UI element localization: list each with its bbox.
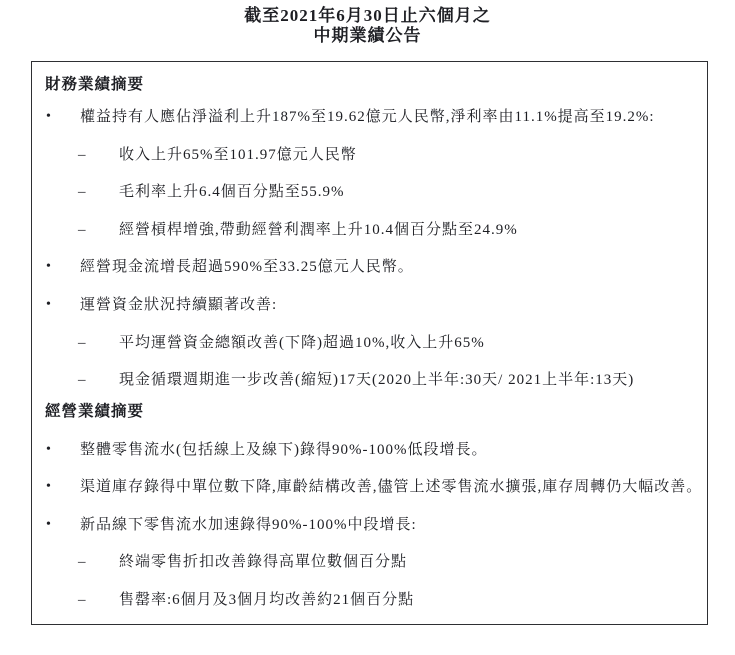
bullet-icon: •: [46, 258, 51, 276]
bullet-item: • 渠道庫存錄得中單位數下降,庫齡結構改善,儘管上述零售流水擴張,庫存周轉仍大幅…: [45, 478, 701, 496]
page-title-line2: 中期業績公告: [0, 26, 735, 46]
bullet-icon: •: [46, 516, 51, 534]
summary-box: 財務業績摘要 • 權益持有人應佔淨溢利上升187%至19.62億元人民幣,淨利率…: [31, 61, 708, 625]
section-heading-financial: 財務業績摘要: [45, 76, 144, 94]
dash-icon: –: [78, 146, 86, 164]
sub-bullet-item-text: 終端零售折扣改善錄得高單位數個百分點: [119, 554, 407, 570]
sub-bullet-item-text: 毛利率上升6.4個百分點至55.9%: [119, 184, 345, 200]
bullet-icon: •: [46, 296, 51, 314]
sub-bullet-item-text: 平均運營資金總額改善(下降)超過10%,收入上升65%: [119, 335, 485, 351]
dash-icon: –: [78, 183, 86, 201]
page-title: 截至2021年6月30日止六個月之 中期業績公告: [0, 6, 735, 46]
bullet-item-text: 渠道庫存錄得中單位數下降,庫齡結構改善,儘管上述零售流水擴張,庫存周轉仍大幅改善…: [80, 479, 702, 495]
page-title-line1: 截至2021年6月30日止六個月之: [0, 6, 735, 26]
section-heading-operational: 經營業績摘要: [45, 403, 144, 421]
bullet-item: • 新品線下零售流水加速錄得90%-100%中段增長:: [45, 516, 701, 534]
sub-bullet-item-text: 現金循環週期進一步改善(縮短)17天(2020上半年:30天/ 2021上半年:…: [119, 372, 634, 388]
sub-bullet-item: – 終端零售折扣改善錄得高單位數個百分點: [45, 553, 701, 571]
bullet-item-text: 經營現金流增長超過590%至33.25億元人民幣。: [80, 259, 414, 275]
dash-icon: –: [78, 591, 86, 609]
dash-icon: –: [78, 553, 86, 571]
bullet-item: • 整體零售流水(包括線上及線下)錄得90%-100%低段增長。: [45, 441, 701, 459]
sub-bullet-item-text: 收入上升65%至101.97億元人民幣: [119, 147, 357, 163]
bullet-item: • 經營現金流增長超過590%至33.25億元人民幣。: [45, 258, 701, 276]
bullet-item-text: 權益持有人應佔淨溢利上升187%至19.62億元人民幣,淨利率由11.1%提高至…: [80, 109, 655, 125]
sub-bullet-item: – 收入上升65%至101.97億元人民幣: [45, 146, 701, 164]
dash-icon: –: [78, 221, 86, 239]
sub-bullet-item: – 毛利率上升6.4個百分點至55.9%: [45, 183, 701, 201]
bullet-icon: •: [46, 108, 51, 126]
sub-bullet-item: – 售罄率:6個月及3個月均改善約21個百分點: [45, 591, 701, 609]
dash-icon: –: [78, 334, 86, 352]
bullet-item-text: 新品線下零售流水加速錄得90%-100%中段增長:: [80, 517, 417, 533]
dash-icon: –: [78, 371, 86, 389]
bullet-icon: •: [46, 441, 51, 459]
bullet-item-text: 整體零售流水(包括線上及線下)錄得90%-100%低段增長。: [80, 442, 487, 458]
bullet-item-text: 運營資金狀況持續顯著改善:: [80, 297, 277, 313]
bullet-icon: •: [46, 478, 51, 496]
sub-bullet-item: – 平均運營資金總額改善(下降)超過10%,收入上升65%: [45, 334, 701, 352]
document-page: 截至2021年6月30日止六個月之 中期業績公告 財務業績摘要 • 權益持有人應…: [0, 0, 735, 655]
sub-bullet-item-text: 售罄率:6個月及3個月均改善約21個百分點: [119, 592, 414, 608]
sub-bullet-item-text: 經營槓桿增強,帶動經營利潤率上升10.4個百分點至24.9%: [119, 222, 518, 238]
sub-bullet-item: – 現金循環週期進一步改善(縮短)17天(2020上半年:30天/ 2021上半…: [45, 371, 701, 389]
bullet-item: • 權益持有人應佔淨溢利上升187%至19.62億元人民幣,淨利率由11.1%提…: [45, 108, 701, 126]
sub-bullet-item: – 經營槓桿增強,帶動經營利潤率上升10.4個百分點至24.9%: [45, 221, 701, 239]
bullet-item: • 運營資金狀況持續顯著改善:: [45, 296, 701, 314]
